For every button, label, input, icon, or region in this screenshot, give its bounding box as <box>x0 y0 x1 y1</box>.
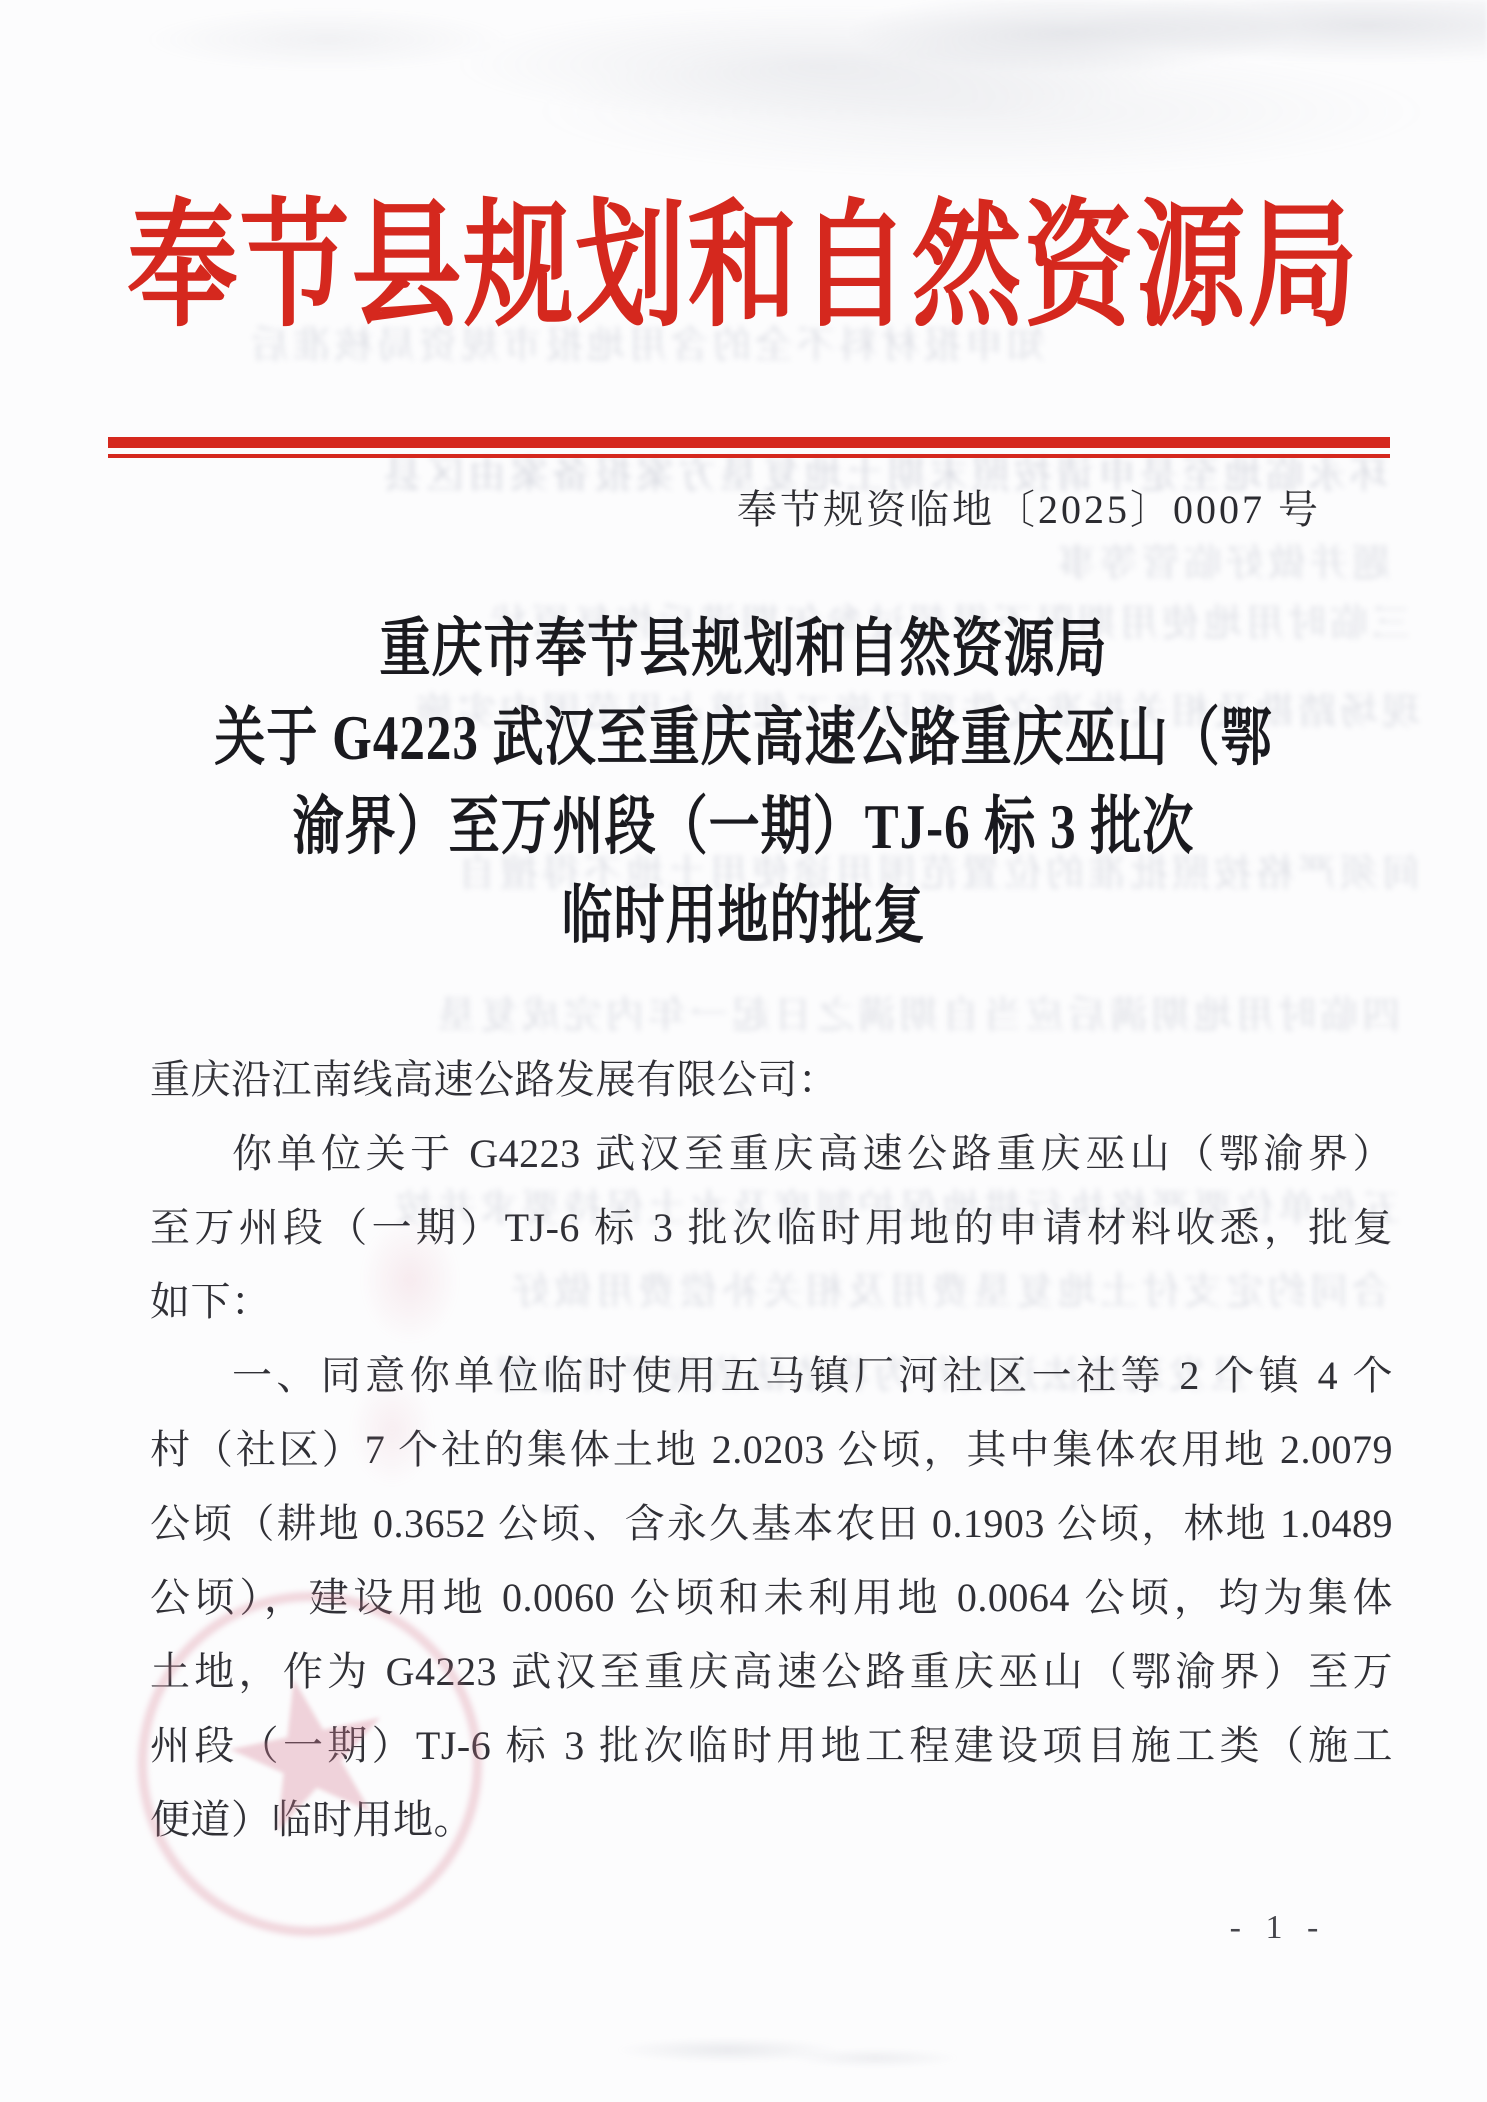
scan-noise-top <box>0 0 1487 180</box>
red-rule-thick <box>108 437 1390 448</box>
title-block: 重庆市奉节县规划和自然资源局 关于 G4223 武汉至重庆高速公路重庆巫山（鄂 … <box>0 606 1487 962</box>
salutation: 重庆沿江南线高速公路发展有限公司： <box>150 1043 1393 1117</box>
seal-smudge-bleedthrough <box>320 1200 500 1520</box>
red-rule <box>108 437 1390 458</box>
red-rule-thin <box>108 454 1390 458</box>
ghost-line: 四临时用地期满后应当自期满之日起一年内完成复垦 <box>210 992 1400 1040</box>
page-number: - 1 - <box>1218 1908 1338 1948</box>
scan-noise-bottom <box>560 2010 980 2090</box>
ghost-line: 题并做好临管等事 <box>960 540 1390 588</box>
document-page: 知申报材料不全的含用地报市规资局核准后 环永临地至是申请按照末期土地复垦方案报备… <box>0 0 1487 2102</box>
body-line: 你单位关于 G4223 武汉至重庆高速公路重庆巫山（鄂渝界） <box>150 1117 1393 1191</box>
official-seal-bleedthrough: ★ <box>138 1592 482 1936</box>
agency-header: 奉节县规划和自然资源局 <box>0 167 1487 367</box>
title-line-4: 临时用地的批复 <box>0 862 1487 973</box>
document-number: 奉节规资临地〔2025〕0007 号 <box>0 487 1487 533</box>
